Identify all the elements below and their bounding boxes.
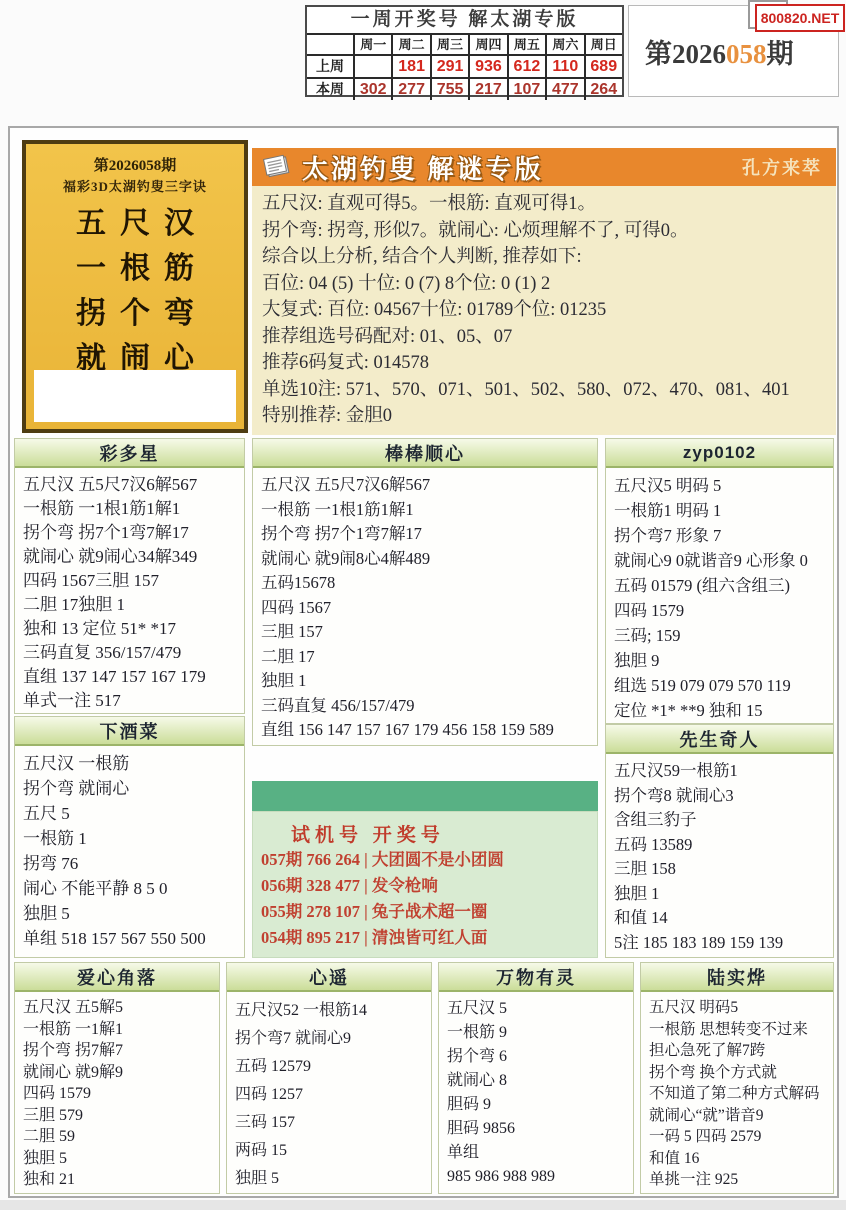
tip-line: 三码 157 [235, 1109, 423, 1137]
tip-line: 五码15678 [261, 571, 589, 596]
panel-zyp0102-title: zyp0102 [606, 439, 833, 468]
tip-line: 四码 1257 [235, 1081, 423, 1109]
tip-line: 单挑一注 925 [649, 1169, 825, 1191]
prev-week-value: 936 [468, 56, 506, 77]
tip-line: 胆码 9856 [447, 1117, 625, 1141]
tip-line: 独胆 5 [23, 901, 236, 926]
prev-week-value [353, 56, 391, 77]
prev-week-row: 上周 181291936612110689 [307, 54, 622, 77]
tip-line: 直组 137 147 157 167 179 [23, 665, 236, 689]
verse-line: 一根筋 [26, 246, 244, 291]
weekly-box-title: 一周开奖号 解太湖专版 [307, 7, 622, 33]
prev-week-value: 110 [545, 56, 583, 77]
trial-draw-line: 055期 278 107 | 兔子战术超一圈 [253, 899, 597, 925]
current-week-value: 217 [468, 79, 506, 100]
tip-line: 定位 *1* **9 独和 15 [614, 698, 825, 723]
panel-xiajiucai-title: 下酒菜 [15, 717, 244, 746]
tip-line: 五码 12579 [235, 1053, 423, 1081]
panel-title-text: 心遥 [309, 964, 349, 990]
tip-line: 独胆 5 [235, 1165, 423, 1193]
tip-line: 四码 1579 [614, 598, 825, 623]
tip-line: 五码 13589 [614, 833, 825, 858]
tip-line: 两码 15 [235, 1137, 423, 1165]
tip-line: 独胆 5 [23, 1148, 211, 1170]
tip-line: 胆码 9 [447, 1093, 625, 1117]
day-header-cell: 周四 [468, 35, 506, 54]
tip-line: 拐个弯 就闹心 [23, 776, 236, 801]
analysis-line: 特别推荐: 金胆0 [262, 403, 826, 430]
tip-line: 拐个弯 拐7解7 [23, 1040, 211, 1062]
tip-line: 五尺汉 五5尺7汉6解567 [23, 473, 236, 497]
panel-title-text: 陆实烨 [707, 964, 767, 990]
tip-line: 担心急死了解7跨 [649, 1040, 825, 1062]
section-title: 太湖钓叟 解谜专版 [302, 149, 544, 186]
trial-draw-lines: 057期 766 264 | 大团圆不是小团圆056期 328 477 | 发令… [253, 847, 597, 951]
analysis-line: 单选10注: 571、570、071、501、502、580、072、470、0… [262, 377, 826, 404]
tip-line: 三码直复 456/157/479 [261, 694, 589, 719]
tip-line: 就闹心 就9闹心34解349 [23, 545, 236, 569]
tip-line: 和值 14 [614, 906, 825, 931]
tip-line: 单式一注 517 [23, 689, 236, 713]
trial-draw-line: 057期 766 264 | 大团圆不是小团圆 [253, 847, 597, 873]
tip-line: 三码; 159 [614, 623, 825, 648]
tip-line: 拐个弯7 形象 7 [614, 523, 825, 548]
current-week-value: 755 [430, 79, 468, 100]
page: 一周开奖号 解太湖专版 周一周二周三周四周五周六周日 上周 1812919366… [0, 0, 846, 1210]
prev-week-label: 上周 [307, 56, 353, 77]
trial-draw-line: 054期 895 217 | 清浊皆可红人面 [253, 925, 597, 951]
tip-line: 三胆 157 [261, 620, 589, 645]
riddle-poster: 第2026058期 福彩3D太湖钓叟三字诀 五尺汉一根筋拐个弯就闹心 [22, 140, 248, 433]
tip-line: 五码 01579 (组六含组三) [614, 573, 825, 598]
panel-lushiye: 陆实烨 五尺汉 明码5一根筋 思想转变不过来担心急死了解7跨拐个弯 换个方式就不… [640, 962, 834, 1194]
tip-line: 二胆 59 [23, 1126, 211, 1148]
tip-line: 拐个弯 6 [447, 1045, 625, 1069]
issue-suffix: 期 [767, 39, 794, 69]
panel-caiduoxing: 彩多星 五尺汉 五5尺7汉6解567一根筋 一1根1筋1解1拐个弯 拐7个1弯7… [14, 438, 245, 714]
tip-line: 就闹心 就9解9 [23, 1062, 211, 1084]
issue-number: 058 [726, 39, 767, 69]
prev-week-value: 612 [507, 56, 545, 77]
panel-bangbangshunxin-body: 五尺汉 五5尺7汉6解567一根筋 一1根1筋1解1拐个弯 拐7个1弯7解17就… [253, 468, 597, 748]
analysis-line: 拐个弯: 拐弯, 形似7。就闹心: 心烦理解不了, 可得0。 [262, 218, 826, 245]
section-header-bar: 太湖钓叟 解谜专版 孔方来萃 [252, 148, 836, 186]
poster-issue: 第2026058期 [26, 154, 244, 175]
tip-line: 三胆 579 [23, 1105, 211, 1127]
issue-number-text: 第2026058期 [645, 32, 794, 71]
panel-xinyao-body: 五尺汉52 一根筋14拐个弯7 就闹心9五码 12579四码 1257三码 15… [227, 992, 431, 1198]
panel-wanwuyouling: 万物有灵 五尺汉 5一根筋 9拐个弯 6就闹心 8胆码 9胆码 9856单组98… [438, 962, 634, 1194]
panel-wanwuyouling-title: 万物有灵 [439, 963, 633, 992]
panel-xianshengqiren-title: 先生奇人 [606, 725, 833, 754]
tip-line: 就闹心 就9闹8心4解489 [261, 547, 589, 572]
trial-draw-box: 试机号 开奖号 057期 766 264 | 大团圆不是小团圆056期 328 … [252, 811, 598, 958]
tip-line: 一根筋1 明码 1 [614, 498, 825, 523]
tip-line: 五尺 5 [23, 801, 236, 826]
tip-line: 含组三豹子 [614, 808, 825, 833]
tip-line: 四码 1579 [23, 1083, 211, 1105]
poster-verse: 五尺汉一根筋拐个弯就闹心 [26, 201, 244, 381]
tip-line: 一根筋 思想转变不过来 [649, 1019, 825, 1041]
panel-bangbangshunxin: 棒棒顺心 五尺汉 五5尺7汉6解567一根筋 一1根1筋1解1拐个弯 拐7个1弯… [252, 438, 598, 746]
panel-wanwuyouling-body: 五尺汉 5一根筋 9拐个弯 6就闹心 8胆码 9胆码 9856单组985 986… [439, 992, 633, 1194]
current-week-value: 302 [353, 79, 391, 100]
tip-line: 一根筋 一1解1 [23, 1019, 211, 1041]
tip-line: 拐个弯7 就闹心9 [235, 1025, 423, 1053]
panel-title-text: zyp0102 [683, 443, 756, 463]
current-week-value: 277 [391, 79, 429, 100]
panel-title-text: 先生奇人 [680, 726, 760, 752]
tip-line: 五尺汉 五5尺7汉6解567 [261, 473, 589, 498]
panel-title-text: 彩多星 [100, 440, 160, 466]
tip-line: 直组 156 147 157 167 179 456 158 159 589 [261, 718, 589, 743]
tip-line: 一根筋 一1根1筋1解1 [261, 498, 589, 523]
issue-prefix: 第2026 [645, 39, 726, 69]
tip-line: 五尺汉5 明码 5 [614, 473, 825, 498]
panel-caiduoxing-title: 彩多星 [15, 439, 244, 468]
panel-title-text: 万物有灵 [496, 964, 576, 990]
panel-xiajiucai-body: 五尺汉 一根筋拐个弯 就闹心五尺 5一根筋 1拐弯 76闹心 不能平静 8 5 … [15, 746, 244, 956]
current-week-values: 302277755217107477264 [353, 79, 622, 100]
verse-line: 拐个弯 [26, 291, 244, 336]
tip-line: 四码 1567 [261, 596, 589, 621]
tip-line: 拐个弯 换个方式就 [649, 1062, 825, 1084]
current-week-label: 本周 [307, 79, 353, 100]
tip-line: 五尺汉 5 [447, 997, 625, 1021]
trial-draw-line: 056期 328 477 | 发令枪响 [253, 873, 597, 899]
panel-lushiye-body: 五尺汉 明码5一根筋 思想转变不过来担心急死了解7跨拐个弯 换个方式就不知道了第… [641, 992, 833, 1196]
day-header-cells: 周一周二周三周四周五周六周日 [353, 35, 622, 54]
tip-line: 独和 21 [23, 1169, 211, 1191]
tip-line: 三胆 158 [614, 857, 825, 882]
tip-line: 拐个弯 拐7个1弯7解17 [261, 522, 589, 547]
panel-bangbangshunxin-title: 棒棒顺心 [253, 439, 597, 468]
panel-aixinjiaoluo-body: 五尺汉 五5解5一根筋 一1解1拐个弯 拐7解7就闹心 就9解9四码 1579三… [15, 992, 219, 1196]
tip-line: 单组 [447, 1141, 625, 1165]
prev-week-value: 689 [584, 56, 622, 77]
current-week-value: 107 [507, 79, 545, 100]
panel-zyp0102: zyp0102 五尺汉5 明码 5一根筋1 明码 1拐个弯7 形象 7就闹心9 … [605, 438, 834, 724]
panel-zyp0102-body: 五尺汉5 明码 5一根筋1 明码 1拐个弯7 形象 7就闹心9 0就谐音9 心形… [606, 468, 833, 728]
tip-line: 二胆 17 [261, 645, 589, 670]
analysis-line: 百位: 04 (5) 十位: 0 (7) 8个位: 0 (1) 2 [262, 271, 826, 298]
tip-line: 组选 519 079 079 570 119 [614, 673, 825, 698]
tip-line: 独和 13 定位 51* *17 [23, 617, 236, 641]
panel-aixinjiaoluo-title: 爱心角落 [15, 963, 219, 992]
poster-blank-area [34, 370, 236, 422]
tip-line: 和值 16 [649, 1148, 825, 1170]
section-header-right-text: 孔方来萃 [742, 154, 822, 180]
panel-title-text: 下酒菜 [100, 718, 160, 744]
analysis-line: 五尺汉: 直观可得5。一根筋: 直观可得1。 [262, 191, 826, 218]
current-week-value: 264 [584, 79, 622, 100]
tip-line: 一根筋 1 [23, 826, 236, 851]
panel-xiajiucai: 下酒菜 五尺汉 一根筋拐个弯 就闹心五尺 5一根筋 1拐弯 76闹心 不能平静 … [14, 716, 245, 958]
panel-xianshengqiren: 先生奇人 五尺汉59一根筋1拐个弯8 就闹心3含组三豹子五码 13589三胆 1… [605, 724, 834, 958]
analysis-line: 推荐组选号码配对: 01、05、07 [262, 324, 826, 351]
tip-line: 五尺汉59一根筋1 [614, 759, 825, 784]
poster-subtitle: 福彩3D太湖钓叟三字诀 [26, 176, 244, 195]
tip-line: 就闹心9 0就谐音9 心形象 0 [614, 548, 825, 573]
day-header-cell: 周日 [584, 35, 622, 54]
tip-line: 独胆 9 [614, 648, 825, 673]
day-header-cell: 周二 [391, 35, 429, 54]
analysis-text-block: 五尺汉: 直观可得5。一根筋: 直观可得1。拐个弯: 拐弯, 形似7。就闹心: … [252, 186, 836, 435]
panel-aixinjiaoluo: 爱心角落 五尺汉 五5解5一根筋 一1解1拐个弯 拐7解7就闹心 就9解9四码 … [14, 962, 220, 1194]
tip-line: 五尺汉 一根筋 [23, 751, 236, 776]
tip-line: 独胆 1 [614, 882, 825, 907]
tip-line: 就闹心“就”谐音9 [649, 1105, 825, 1127]
tip-line: 985 986 988 989 [447, 1165, 625, 1189]
prev-week-value: 291 [430, 56, 468, 77]
prev-week-values: 181291936612110689 [353, 56, 622, 77]
tip-line: 闹心 不能平静 8 5 0 [23, 876, 236, 901]
tip-line: 二胆 17独胆 1 [23, 593, 236, 617]
tip-line: 拐个弯 拐7个1弯7解17 [23, 521, 236, 545]
day-header-cell: 周六 [545, 35, 583, 54]
prev-week-value: 181 [391, 56, 429, 77]
tip-line: 单组 518 157 567 550 500 [23, 926, 236, 951]
tip-line: 不知道了第二种方式解码 [649, 1083, 825, 1105]
tip-line: 三码直复 356/157/479 [23, 641, 236, 665]
tip-line: 五尺汉 五5解5 [23, 997, 211, 1019]
tip-line: 五尺汉 明码5 [649, 997, 825, 1019]
week-table-header-row: 周一周二周三周四周五周六周日 [307, 33, 622, 54]
bottom-strip [0, 1200, 846, 1210]
analysis-line: 推荐6码复式: 014578 [262, 350, 826, 377]
verse-line: 五尺汉 [26, 201, 244, 246]
tip-line: 5注 185 183 189 159 139 [614, 931, 825, 956]
weekly-numbers-box: 一周开奖号 解太湖专版 周一周二周三周四周五周六周日 上周 1812919366… [305, 5, 624, 97]
current-week-value: 477 [545, 79, 583, 100]
site-watermark-badge: 800820.NET [755, 4, 845, 32]
current-week-row: 本周 302277755217107477264 [307, 77, 622, 100]
book-icon [260, 151, 292, 184]
panel-xianshengqiren-body: 五尺汉59一根筋1拐个弯8 就闹心3含组三豹子五码 13589三胆 158独胆 … [606, 754, 833, 960]
panel-title-text: 爱心角落 [77, 964, 157, 990]
tip-line: 一根筋 9 [447, 1021, 625, 1045]
tip-line: 一码 5 四码 2579 [649, 1126, 825, 1148]
panel-xinyao: 心遥 五尺汉52 一根筋14拐个弯7 就闹心9五码 12579四码 1257三码… [226, 962, 432, 1194]
green-divider-bar [252, 781, 598, 811]
panel-caiduoxing-body: 五尺汉 五5尺7汉6解567一根筋 一1根1筋1解1拐个弯 拐7个1弯7解17就… [15, 468, 244, 718]
analysis-line: 综合以上分析, 结合个人判断, 推荐如下: [262, 244, 826, 271]
tip-line: 一根筋 一1根1筋1解1 [23, 497, 236, 521]
panel-lushiye-title: 陆实烨 [641, 963, 833, 992]
day-header-cell: 周一 [353, 35, 391, 54]
week-corner-cell [307, 35, 353, 54]
day-header-cell: 周三 [430, 35, 468, 54]
tip-line: 拐弯 76 [23, 851, 236, 876]
tip-line: 四码 1567三胆 157 [23, 569, 236, 593]
day-header-cell: 周五 [507, 35, 545, 54]
tip-line: 就闹心 8 [447, 1069, 625, 1093]
tip-line: 五尺汉52 一根筋14 [235, 997, 423, 1025]
analysis-line: 大复式: 百位: 04567十位: 01789个位: 01235 [262, 297, 826, 324]
panel-title-text: 棒棒顺心 [385, 440, 465, 466]
tip-line: 独胆 1 [261, 669, 589, 694]
tip-line: 拐个弯8 就闹心3 [614, 784, 825, 809]
panel-xinyao-title: 心遥 [227, 963, 431, 992]
trial-draw-header: 试机号 开奖号 [253, 812, 597, 847]
